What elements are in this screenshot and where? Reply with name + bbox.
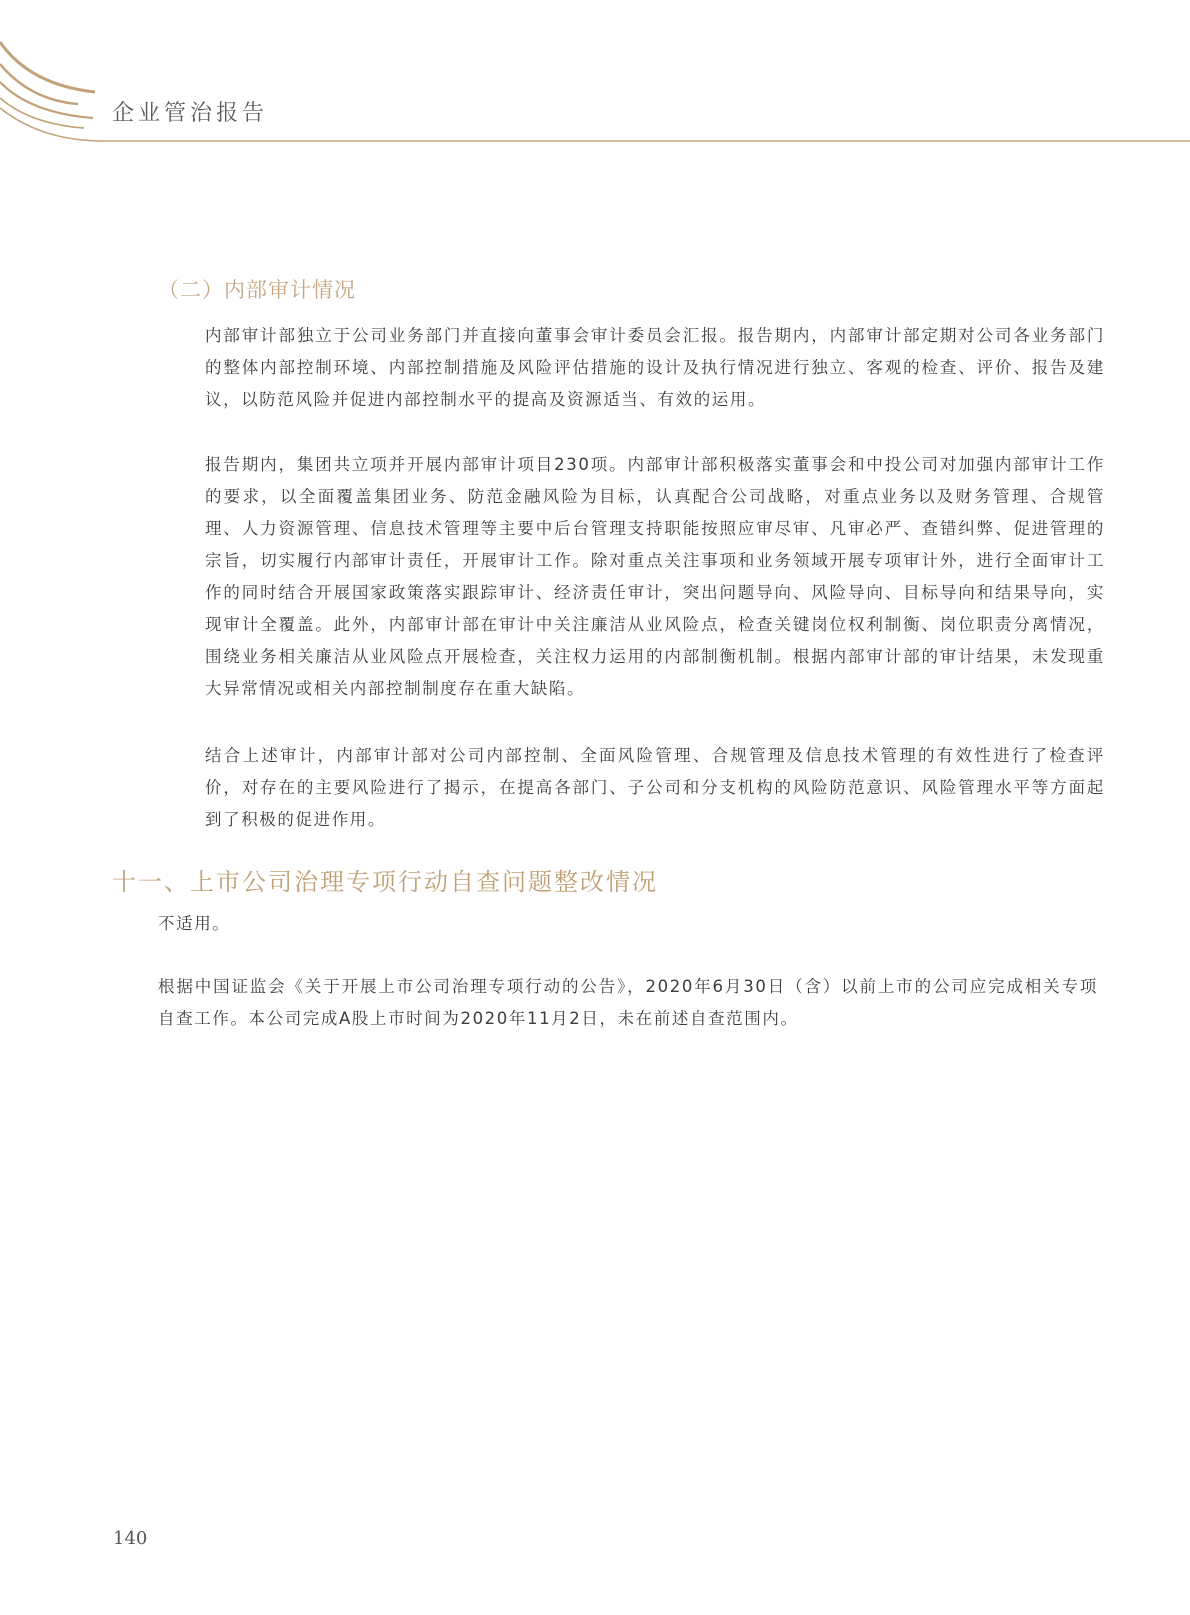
- governance-paragraph: 不适用。: [158, 908, 1098, 940]
- internal-audit-paragraph: 报告期内，集团共立项并开展内部审计项目230项。内部审计部积极落实董事会和中投公…: [205, 449, 1105, 705]
- internal-audit-paragraph: 结合上述审计，内部审计部对公司内部控制、全面风险管理、合规管理及信息技术管理的有…: [205, 740, 1105, 836]
- report-section-title: 企业管治报告: [112, 96, 268, 127]
- governance-paragraph: 根据中国证监会《关于开展上市公司治理专项行动的公告》，2020年6月30日（含）…: [158, 971, 1098, 1035]
- governance-rectification-heading: 十一、上市公司治理专项行动自查问题整改情况: [112, 862, 658, 897]
- internal-audit-heading: （二）内部审计情况: [158, 274, 356, 304]
- page-number: 140: [113, 1528, 147, 1549]
- header-decorative-arcs: [0, 0, 1190, 150]
- internal-audit-paragraph: 内部审计部独立于公司业务部门并直接向董事会审计委员会汇报。报告期内，内部审计部定…: [205, 320, 1105, 416]
